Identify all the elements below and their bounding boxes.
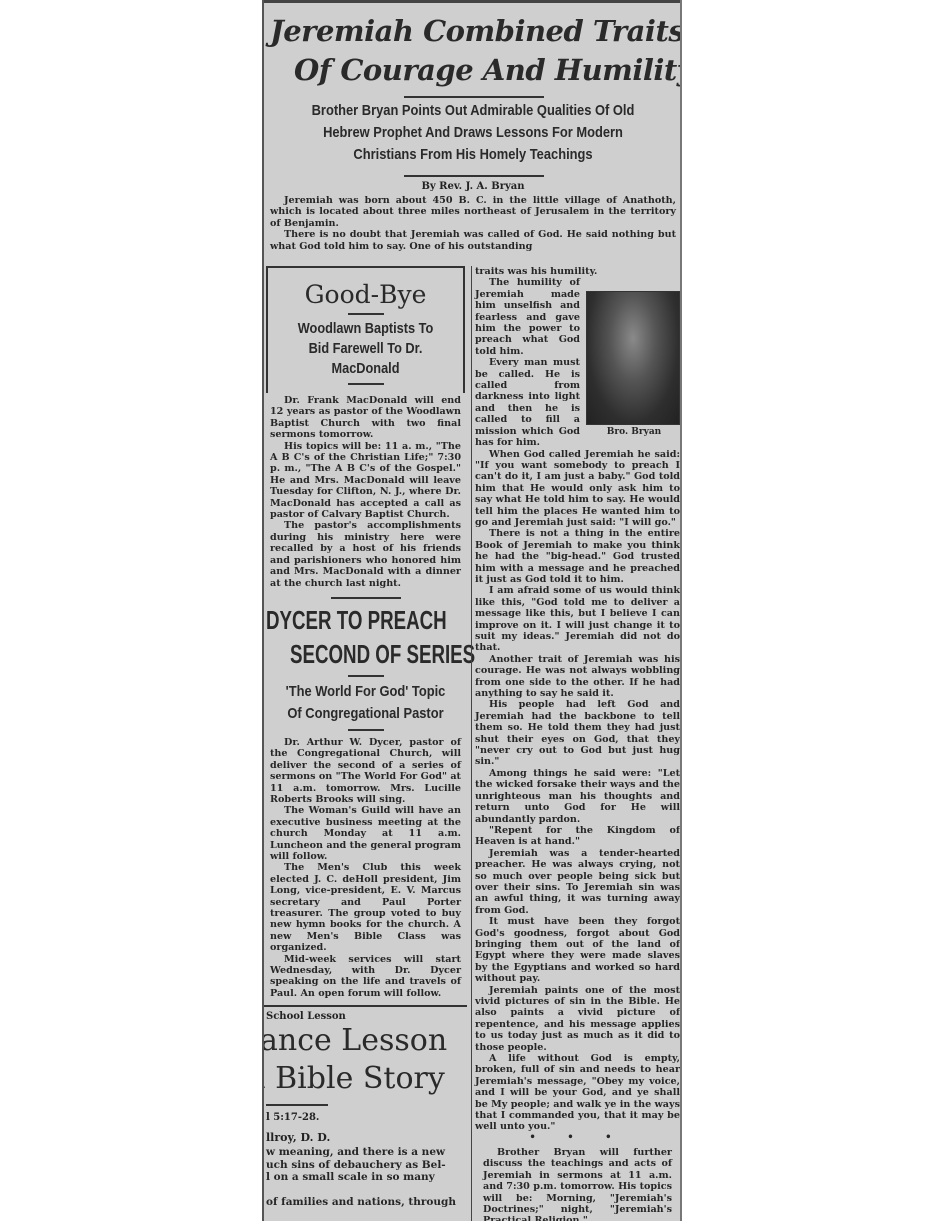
- separator: [348, 313, 384, 315]
- intro-paragraph: Jeremiah was born about 450 B. C. in the…: [270, 195, 676, 229]
- goodbye-box: Good-Bye Woodlawn Baptists To Bid Farewe…: [266, 266, 465, 393]
- paragraph: It must have been they forgot God's good…: [475, 916, 680, 984]
- paragraph: "Repent for the Kingdom of Heaven is at …: [475, 825, 680, 848]
- paragraph: There is not a thing in the entire Book …: [475, 528, 680, 585]
- paragraph: Another trait of Jeremiah was his courag…: [475, 654, 680, 700]
- top-border: [264, 0, 682, 3]
- paragraph: The Men's Club this week elected J. C. d…: [270, 862, 461, 953]
- separator: [348, 729, 384, 731]
- paragraph: I am afraid some of us would think like …: [475, 585, 680, 653]
- dycer-title-line-2: SECOND OF SERIES: [290, 637, 417, 671]
- photo-caption: Bro. Bryan: [588, 427, 680, 438]
- paragraph: Dr. Arthur W. Dycer, pastor of the Congr…: [270, 737, 461, 805]
- paragraph: When God called Jeremiah he said: "If yo…: [475, 449, 680, 529]
- left-column: Good-Bye Woodlawn Baptists To Bid Farewe…: [264, 266, 467, 1208]
- separator: [348, 383, 384, 385]
- paragraph: Mid-week services will start Wednesday, …: [270, 954, 461, 1000]
- separator: [331, 597, 401, 599]
- goodbye-deck: Woodlawn Baptists To Bid Farewell To Dr.…: [288, 319, 444, 379]
- byline: By Rev. J. A. Bryan: [264, 181, 682, 192]
- headline-deck: Brother Bryan Points Out Admirable Quali…: [297, 100, 650, 166]
- school-lesson-title-1: ance Lesson: [262, 1022, 467, 1060]
- headline-line-2: Of Courage And Humility: [294, 53, 676, 87]
- school-lesson-kicker: School Lesson: [266, 1011, 467, 1022]
- paragraph: His people had left God and Jeremiah had…: [475, 699, 680, 767]
- portrait-photo: [586, 291, 680, 425]
- paragraph: Among things he said were: "Let the wick…: [475, 768, 680, 825]
- school-lesson-title-2: l Bible Story: [262, 1060, 467, 1098]
- main-article-column: traits was his humility. Bro. Bryan The …: [471, 266, 680, 1221]
- scripture-reference: l 5:17-28.: [266, 1112, 467, 1123]
- deck-rule: [404, 175, 544, 177]
- paragraph: Jeremiah was a tender-hearted preacher. …: [475, 848, 680, 916]
- newspaper-clipping: Jeremiah Combined Traits Of Courage And …: [262, 0, 682, 1221]
- school-lesson: School Lesson ance Lesson l Bible Story …: [264, 1005, 467, 1208]
- school-lesson-body: w meaning, and there is a new uch sins o…: [266, 1146, 467, 1208]
- dycer-deck: 'The World For God' Topic Of Congregatio…: [278, 681, 453, 725]
- text-line: w meaning, and there is a new: [266, 1146, 467, 1159]
- article-footer-note: Brother Bryan will further discuss the t…: [475, 1145, 680, 1221]
- headline-line-1: Jeremiah Combined Traits: [270, 14, 676, 48]
- article-intro: Jeremiah was born about 450 B. C. in the…: [270, 195, 676, 252]
- text-line: uch sins of debauchery as Bel-: [266, 1159, 467, 1172]
- dycer-body: Dr. Arthur W. Dycer, pastor of the Congr…: [264, 735, 467, 999]
- separator: [266, 1104, 328, 1106]
- section-dots: • • •: [475, 1133, 680, 1143]
- paragraph: Jeremiah paints one of the most vivid pi…: [475, 985, 680, 1053]
- text-line: l on a small scale in so many: [266, 1171, 467, 1184]
- dycer-title-line-1: DYCER TO PREACH: [266, 603, 411, 637]
- text-line: of families and nations, through: [266, 1196, 467, 1209]
- paragraph: traits was his humility.: [475, 266, 680, 277]
- dycer-headline: DYCER TO PREACH SECOND OF SERIES: [264, 603, 467, 671]
- paragraph: The pastor's accomplishments during his …: [270, 520, 461, 588]
- headline-rule: [404, 96, 544, 98]
- paragraph: Dr. Frank MacDonald will end 12 years as…: [270, 395, 461, 441]
- paragraph: The Woman's Guild will have an executive…: [270, 805, 461, 862]
- goodbye-title: Good-Bye: [274, 280, 457, 309]
- paragraph: His topics will be: 11 a. m., "The A B C…: [270, 441, 461, 521]
- intro-paragraph: There is no doubt that Jeremiah was call…: [270, 229, 676, 252]
- school-lesson-author: llroy, D. D.: [266, 1131, 467, 1144]
- separator: [348, 675, 384, 677]
- paragraph: A life without God is empty, broken, ful…: [475, 1053, 680, 1133]
- goodbye-body: Dr. Frank MacDonald will end 12 years as…: [264, 393, 467, 589]
